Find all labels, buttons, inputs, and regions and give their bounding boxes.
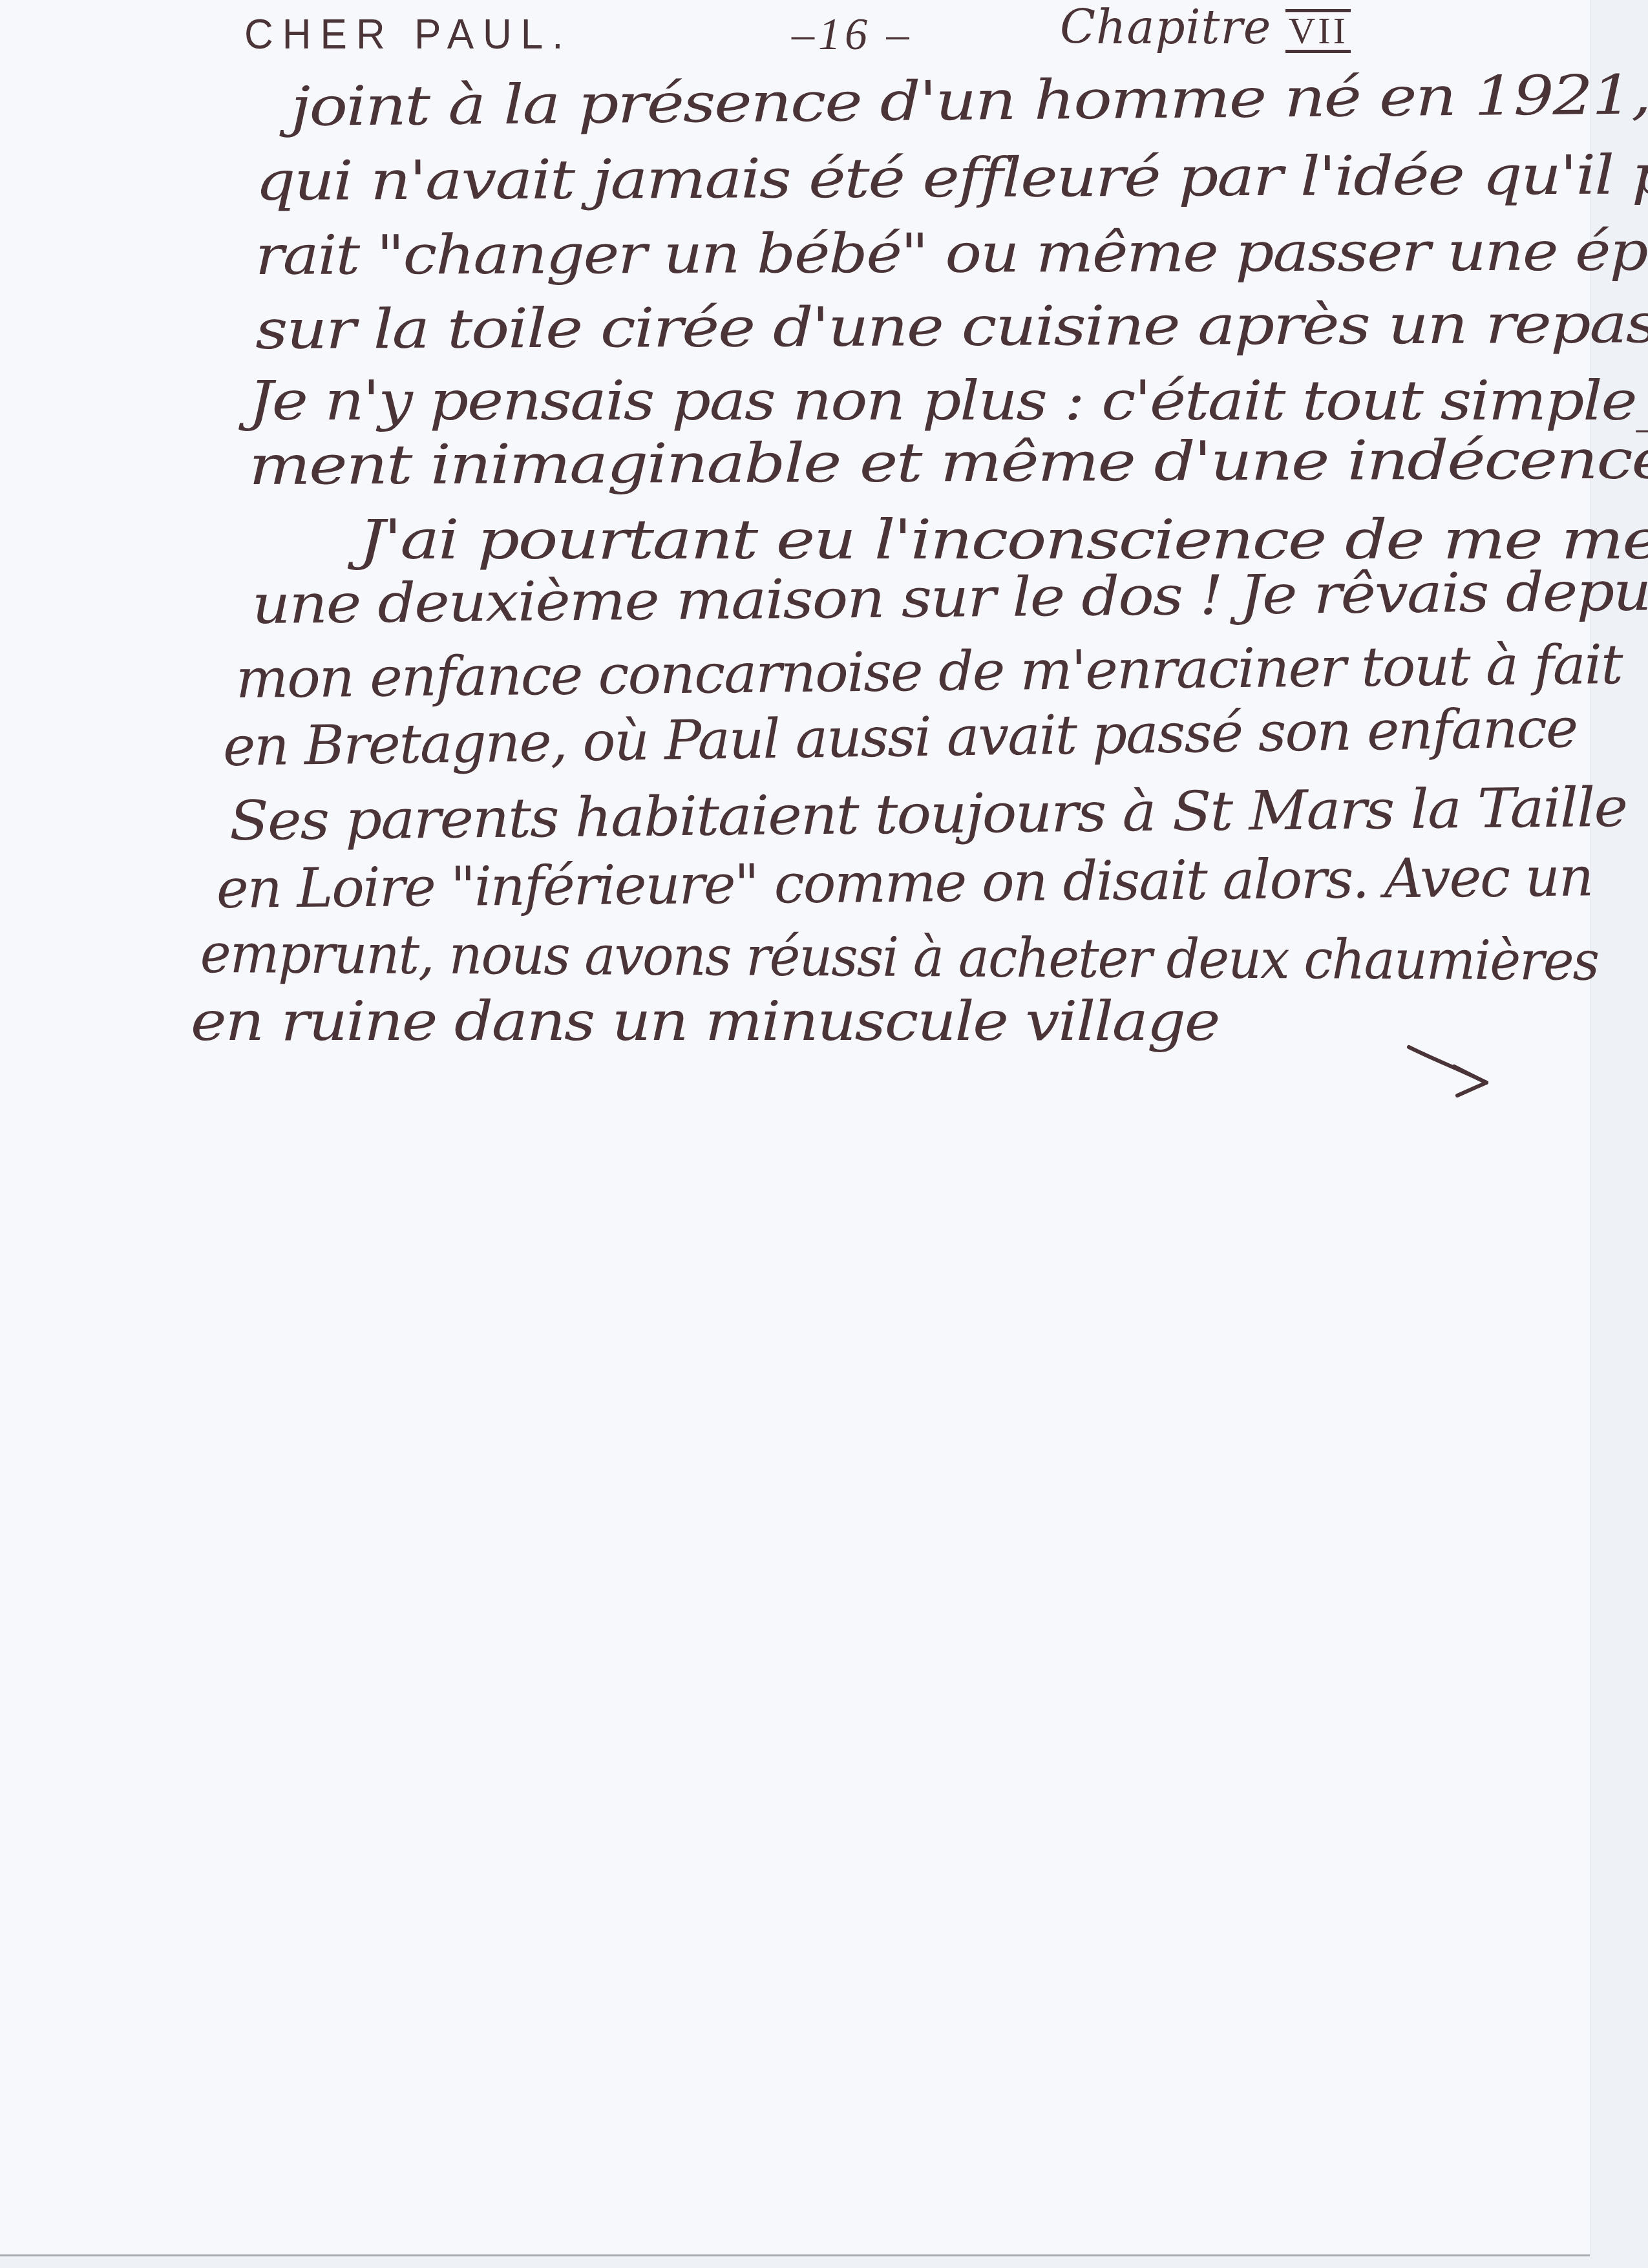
text-line: ment inimaginable et même d'une indécenc… — [249, 423, 1648, 501]
letter-greeting: CHER PAUL. — [244, 10, 573, 59]
manuscript-page: CHER PAUL. –16 – ChapitreVII joint à la … — [0, 0, 1590, 2256]
arrow-right-icon — [1402, 1037, 1499, 1102]
text-line: joint à la présence d'un homme né en 192… — [290, 58, 1648, 142]
page-number: –16 – — [792, 9, 913, 61]
text-line: emprunt, nous avons réussi à acheter deu… — [200, 918, 1599, 997]
text-line: en ruine dans un minuscule village — [191, 986, 1219, 1057]
text-line: qui n'avait jamais été effleuré par l'id… — [255, 138, 1648, 217]
text-line: une deuxième maison sur le dos ! Je rêva… — [251, 555, 1648, 640]
chapter-heading: ChapitreVII — [1060, 0, 1351, 54]
chapter-label: Chapitre — [1060, 0, 1271, 54]
text-line: rait "changer un bébé" ou même passer un… — [255, 215, 1648, 291]
chapter-number: VII — [1285, 9, 1351, 53]
text-line: en Loire "inférieure" comme on disait al… — [217, 841, 1593, 924]
scanner-background — [0, 2256, 1648, 2268]
text-line: sur la toile cirée d'une cuisine après u… — [255, 288, 1648, 365]
